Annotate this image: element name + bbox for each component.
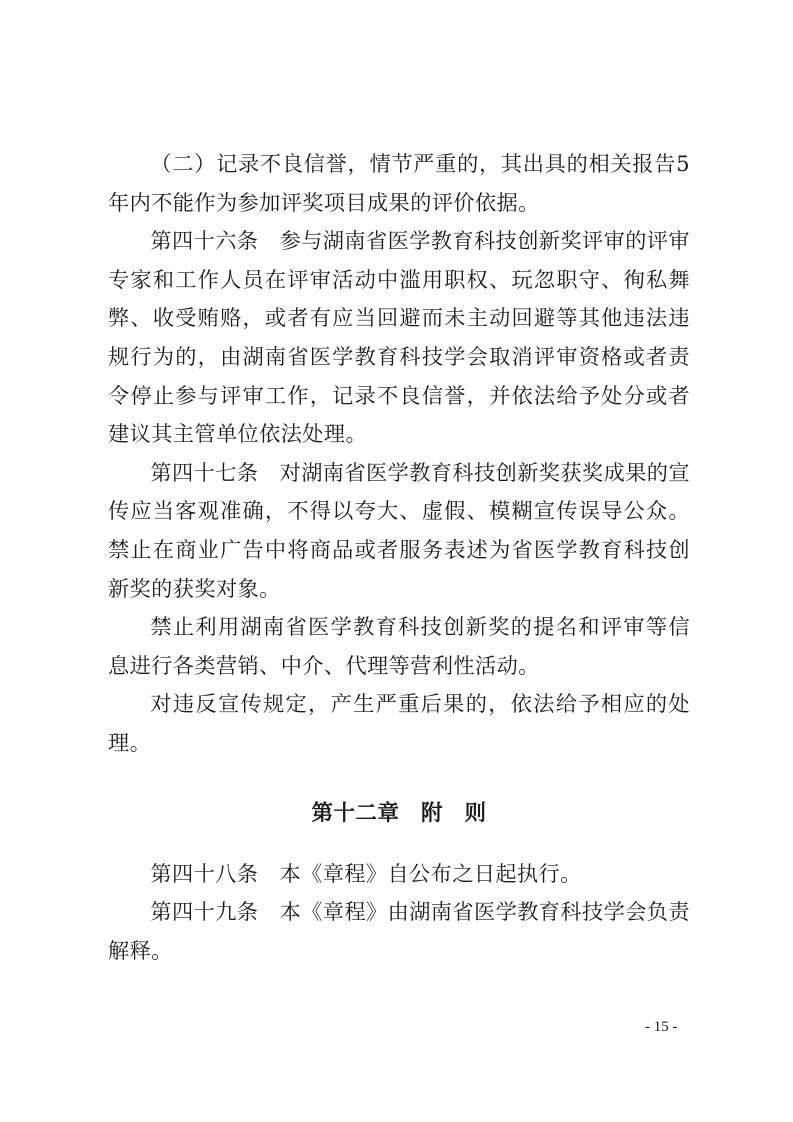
article-number: 第四十七条: [150, 460, 258, 485]
article-text: 参与湖南省医学教育科技创新奖评审的评审专家和工作人员在评审活动中滥用职权、玩忽职…: [108, 228, 690, 446]
paragraph-text: 禁止利用湖南省医学教育科技创新奖的提名和评审等信息进行各类营销、中介、代理等营利…: [108, 614, 690, 678]
article-number: 第四十九条: [150, 899, 258, 924]
paragraph-text: （二）记录不良信誉，情节严重的，其出具的相关报告5年内不能作为参加评奖项目成果的…: [108, 151, 690, 215]
paragraph-clause-2: （二）记录不良信誉，情节严重的，其出具的相关报告5年内不能作为参加评奖项目成果的…: [108, 145, 690, 222]
paragraph-violation: 对违反宣传规定，产生严重后果的，依法给予相应的处理。: [108, 685, 690, 762]
chapter-title-part2: 则: [465, 801, 487, 826]
article-47: 第四十七条对湖南省医学教育科技创新奖获奖成果的宣传应当客观准确，不得以夸大、虚假…: [108, 454, 690, 608]
article-number: 第四十六条: [150, 228, 258, 253]
document-page: （二）记录不良信誉，情节严重的，其出具的相关报告5年内不能作为参加评奖项目成果的…: [108, 145, 690, 970]
article-48: 第四十八条本《章程》自公布之日起执行。: [108, 855, 690, 894]
page-number: - 15 -: [645, 1019, 678, 1036]
chapter-number: 第十二章: [311, 801, 399, 826]
chapter-title-part1: 附: [421, 801, 443, 826]
paragraph-prohibition: 禁止利用湖南省医学教育科技创新奖的提名和评审等信息进行各类营销、中介、代理等营利…: [108, 608, 690, 685]
article-number: 第四十八条: [150, 861, 258, 886]
article-49: 第四十九条本《章程》由湖南省医学教育科技学会负责解释。: [108, 893, 690, 970]
article-46: 第四十六条参与湖南省医学教育科技创新奖评审的评审专家和工作人员在评审活动中滥用职…: [108, 222, 690, 454]
chapter-heading: 第十二章附则: [108, 795, 690, 833]
article-text: 本《章程》自公布之日起执行。: [280, 861, 582, 886]
paragraph-text: 对违反宣传规定，产生严重后果的，依法给予相应的处理。: [108, 691, 690, 755]
